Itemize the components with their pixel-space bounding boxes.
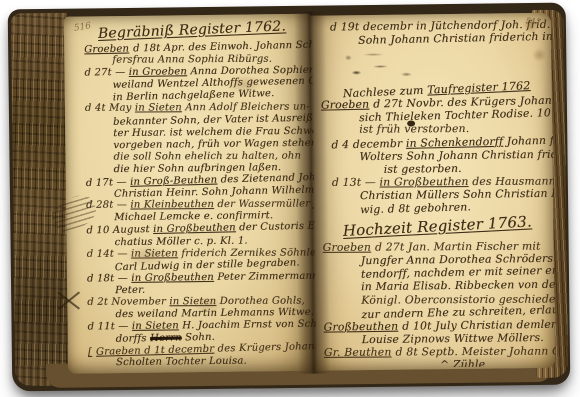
underlined-text: in Sieten — [169, 296, 216, 307]
line-text: des Krügers Johann fride- — [214, 340, 316, 355]
line-text: dorffs — [116, 333, 151, 345]
margin-place-name: Gr. Beuthen — [324, 345, 392, 358]
underlined-text: in Sieten — [131, 248, 178, 259]
line-text: Dorothea Gohls, — [216, 295, 305, 307]
line-text: d 13t — — [332, 175, 380, 188]
line-text: des Hausmanns — [469, 174, 557, 188]
underlined-text: Graeben d 1t decembr — [96, 344, 214, 358]
open-register-book: 516 517 Begräbniß Register 1762. Groeben… — [8, 3, 571, 392]
register-line: Groebend 27t Jan. Martin Fischer mit — [321, 240, 555, 255]
register-line: die soll Sohn ehelich zu halten, ohn — [73, 150, 313, 164]
underlined-text: in Großbeuthen — [379, 175, 468, 189]
right-page-number: 517 — [525, 16, 541, 26]
register-line — [318, 45, 552, 84]
left-page-stack-edge — [11, 13, 72, 387]
underlined-text: in Schenkendorff — [406, 134, 503, 149]
line-text: Ann Adolf Bleichers un- — [182, 102, 310, 114]
line-text: d 14t — — [87, 248, 131, 259]
line-text: d 28t — — [86, 200, 130, 211]
register-line: Gr. Beuthend 8t Septb. Meister Johann Ch… — [322, 344, 556, 359]
line-text: wig. d 8t gebohren. — [360, 200, 471, 216]
line-text: d 4t May — [85, 103, 135, 114]
photo-background: 516 517 Begräbniß Register 1762. Groeben… — [0, 0, 580, 397]
line-text: Hochzeit Register 1763. — [342, 213, 532, 241]
line-text: Peter. — [115, 285, 145, 296]
underlined-text: in Groß-Beuthen — [130, 175, 217, 188]
line-text: ist früh verstorben. — [359, 122, 469, 136]
underlined-text: in Sieten — [135, 103, 182, 114]
line-text: chatius Möller c. p. Kl. 1. — [114, 235, 247, 248]
line-text: d 27t — — [84, 67, 128, 79]
underlined-text: Herrn — [150, 333, 182, 345]
left-page-handwriting: Begräbniß Register 1762. Groebend 18t Ap… — [68, 19, 316, 372]
line-text: fersfrau Anna Sophia Ribürgs. — [112, 54, 272, 66]
line-text: der Wassermüller Joh. — [214, 199, 316, 211]
margin-place-name: Groeben — [321, 98, 370, 112]
underlined-text: in Groeben — [129, 66, 187, 78]
line-text: ist gestorben. — [384, 162, 462, 176]
line-text: d 17t — — [86, 177, 131, 189]
line-text: d 10 August — [86, 224, 153, 236]
register-line: d 13t — in Großbeuthen des Hausmanns — [320, 174, 554, 189]
margin-place-name: [ — [88, 347, 92, 358]
register-line: d 2t November in Sieten Dorothea Gohls, — [75, 295, 315, 309]
line-text: des weiland Martin Lehmanns Witwe. — [115, 307, 314, 320]
margin-place-name: Groeben — [323, 241, 371, 254]
line-text: d 11t — — [88, 321, 132, 333]
underlined-text: in Großbeuthen — [153, 223, 236, 236]
line-text: d 27t Jan. Martin Fischer mit — [375, 240, 541, 254]
line-text: d 2t November — [87, 296, 169, 308]
underlined-text: in Sieten — [132, 321, 179, 333]
line-text: des Zietenand Joh. — [217, 172, 316, 186]
line-text: in Maria Elisab. Ribbecken von dem — [361, 278, 556, 294]
right-page-handwriting: d 19t decembr in Jütchendorf Joh. frid. … — [308, 18, 556, 369]
line-text: vorgeben nach, früh vor Wagen stehen — [113, 137, 316, 150]
underlined-text: in Kleinbeuthen — [130, 199, 214, 211]
line-text: Scholten Tochter Louisa. — [116, 356, 247, 369]
line-text: d 8t Septb. Meister Johann Christian — [395, 344, 556, 358]
line-text: Sohn. — [182, 332, 216, 344]
line-text: Louise Zipnows Wittwe Möllers. — [362, 331, 544, 346]
line-text: Peter Zimmermanns Sohn — [214, 270, 316, 283]
line-text: d 18t Apr. des Einwoh. Johann Schef- — [133, 39, 316, 54]
register-line: fersfrau Anna Sophia Ribürgs. — [72, 54, 312, 68]
line-text: d 4 decembr — [331, 136, 406, 151]
line-text: der Custoris Eu- — [236, 221, 316, 234]
line-text: Johann friderich — [503, 132, 556, 147]
register-line: d 28t — in Kleinbeuthen der Wassermüller… — [74, 199, 314, 213]
line-text: Begräbniß Register 1762. — [98, 19, 287, 42]
line-text: die soll Sohn ehelich zu halten, ohn — [113, 150, 301, 162]
